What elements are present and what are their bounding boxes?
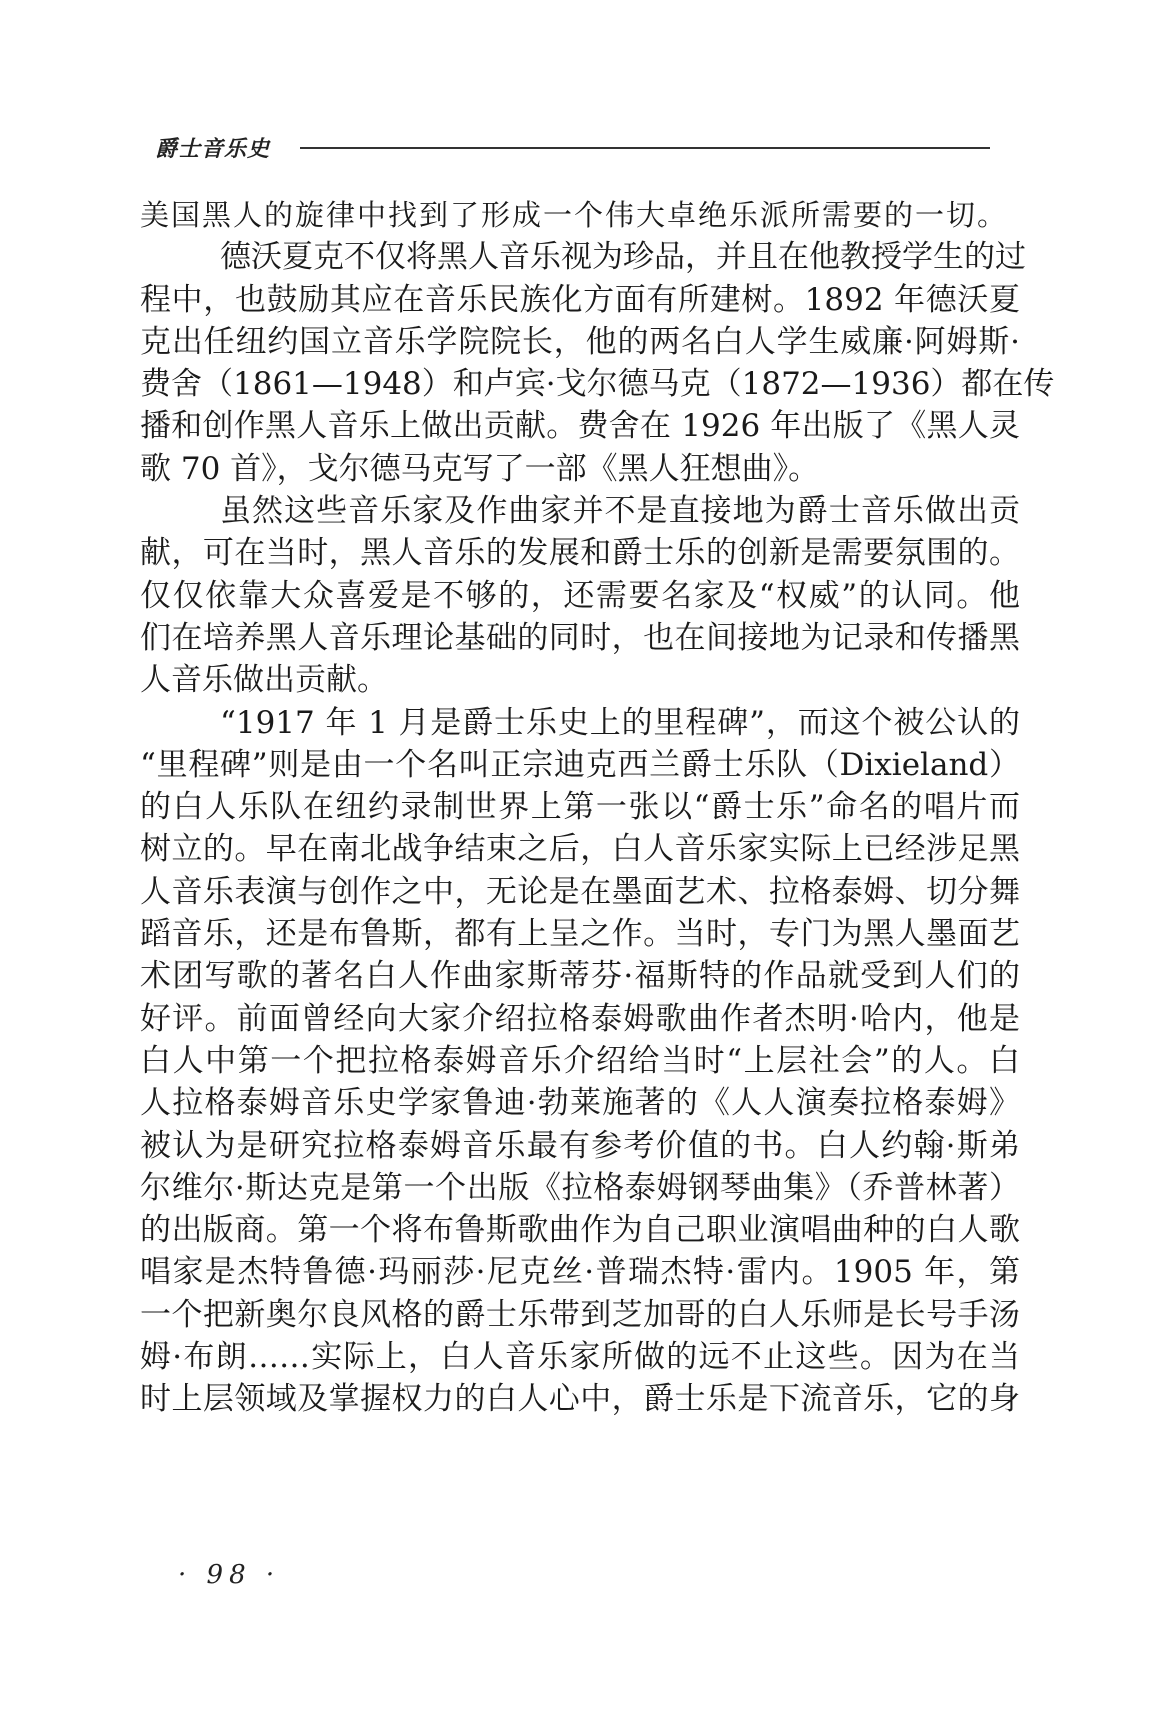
text-line: 克出任纽约国立音乐学院院长，他的两名白人学生威廉·阿姆斯· [140,321,1020,363]
text-line: 的白人乐队在纽约录制世界上第一张以“爵士乐”命名的唱片而 [140,786,1020,828]
text-line: 好评。前面曾经向大家介绍拉格泰姆歌曲作者杰明·哈内，他是 [140,998,1020,1040]
text-line: 蹈音乐，还是布鲁斯，都有上呈之作。当时，专门为黑人墨面艺 [140,913,1020,955]
text-line: 们在培养黑人音乐理论基础的同时，也在间接地为记录和传播黑 [140,617,1020,659]
paragraph-first-line: 德沃夏克不仅将黑人音乐视为珍品，并且在他教授学生的过 [140,236,1020,278]
text-line: “里程碑”则是由一个名叫正宗迪克西兰爵士乐队（Dixieland） [140,744,1020,786]
text-line: 献，可在当时，黑人音乐的发展和爵士乐的创新是需要氛围的。 [140,532,1020,574]
page-number: · 98 · [178,1560,280,1590]
book-title: 爵士音乐史 [155,132,270,163]
running-head: 爵士音乐史 [155,130,270,164]
paragraph-first-line: 虽然这些音乐家及作曲家并不是直接地为爵士音乐做出贡 [140,490,1020,532]
body-text: 美国黑人的旋律中找到了形成一个伟大卓绝乐派所需要的一切。 德沃夏克不仅将黑人音乐… [140,194,1020,1421]
text-line: 白人中第一个把拉格泰姆音乐介绍给当时“上层社会”的人。白 [140,1040,1020,1082]
text-line: 一个把新奥尔良风格的爵士乐带到芝加哥的白人乐师是长号手汤 [140,1294,1020,1336]
text-line: 人音乐做出贡献。 [140,659,1020,701]
text-line: 时上层领域及掌握权力的白人心中，爵士乐是下流音乐，它的身 [140,1378,1020,1420]
text-line: 姆·布朗……实际上，白人音乐家所做的远不止这些。因为在当 [140,1336,1020,1378]
text-line: 播和创作黑人音乐上做出贡献。费舍在 1926 年出版了《黑人灵 [140,405,1020,447]
text-line: 唱家是杰特鲁德·玛丽莎·尼克丝·普瑞杰特·雷内。1905 年，第 [140,1251,1020,1293]
text-line: 树立的。早在南北战争结束之后，白人音乐家实际上已经涉足黑 [140,828,1020,870]
text-line: 尔维尔·斯达克是第一个出版《拉格泰姆钢琴曲集》（乔普林著） [140,1167,1020,1209]
text-line: 仅仅依靠大众喜爱是不够的，还需要名家及“权威”的认同。他 [140,575,1020,617]
header-rule [300,147,990,149]
text-line: 的出版商。第一个将布鲁斯歌曲作为自己职业演唱曲种的白人歌 [140,1209,1020,1251]
text-line: 美国黑人的旋律中找到了形成一个伟大卓绝乐派所需要的一切。 [140,194,1020,236]
text-line: 人音乐表演与创作之中，无论是在墨面艺术、拉格泰姆、切分舞 [140,871,1020,913]
text-line: 程中，也鼓励其应在音乐民族化方面有所建树。1892 年德沃夏 [140,279,1020,321]
text-line: 被认为是研究拉格泰姆音乐最有参考价值的书。白人约翰·斯弟 [140,1125,1020,1167]
text-line: 费舍（1861—1948）和卢宾·戈尔德马克（1872—1936）都在传 [140,363,1020,405]
text-line: 人拉格泰姆音乐史学家鲁迪·勃莱施著的《人人演奏拉格泰姆》 [140,1082,1020,1124]
text-line: 术团写歌的著名白人作曲家斯蒂芬·福斯特的作品就受到人们的 [140,955,1020,997]
text-line: 歌 70 首》，戈尔德马克写了一部《黑人狂想曲》。 [140,448,1020,490]
paragraph-first-line: “1917 年 1 月是爵士乐史上的里程碑”，而这个被公认的 [140,702,1020,744]
